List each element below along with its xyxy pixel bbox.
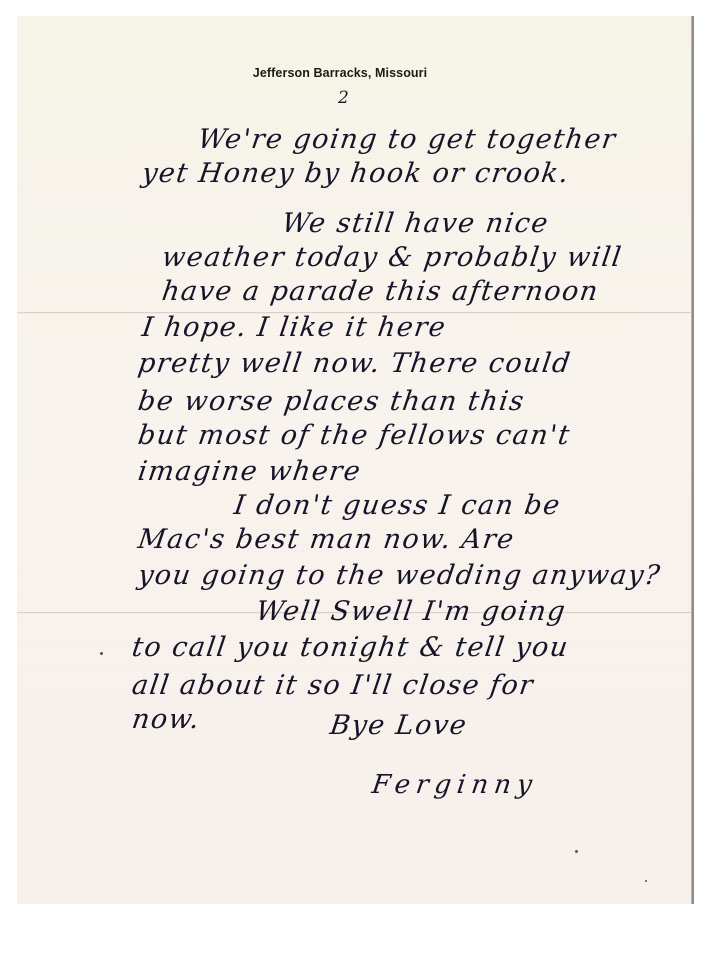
handwritten-line: all about it so I'll close for: [130, 670, 536, 701]
handwritten-line: to call you tonight & tell you: [130, 632, 571, 663]
paper-edge: [692, 16, 694, 904]
closing: Bye Love: [328, 710, 469, 741]
handwritten-line: but most of the fellows can't: [136, 420, 573, 451]
handwritten-line: We're going to get together: [196, 124, 619, 155]
handwritten-line: you going to the wedding anyway?: [136, 560, 663, 591]
handwritten-line: imagine where: [136, 456, 363, 487]
handwritten-line: I hope. I like it here: [140, 312, 448, 343]
handwritten-line: weather today & probably will: [160, 242, 624, 273]
handwritten-line: Mac's best man now. Are: [136, 524, 517, 555]
paper-speck: [645, 880, 647, 882]
handwritten-line: have a parade this afternoon: [160, 276, 601, 307]
letterhead: Jefferson Barracks, Missouri: [240, 66, 440, 80]
handwritten-line: Well Swell I'm going: [254, 596, 568, 627]
signature: Ferginny: [370, 770, 540, 800]
handwritten-line: yet Honey by hook or crook.: [140, 158, 572, 189]
paper-speck: [100, 652, 103, 655]
handwritten-line: I don't guess I can be: [232, 490, 563, 521]
handwritten-line: be worse places than this: [136, 386, 527, 417]
paper-speck: [575, 850, 578, 853]
handwritten-line: now.: [130, 704, 202, 735]
handwritten-line: We still have nice: [280, 208, 551, 239]
handwritten-line: pretty well now. There could: [136, 348, 573, 379]
page-number: 2: [338, 88, 349, 108]
scanned-letter: Jefferson Barracks, Missouri 2 We're goi…: [0, 0, 720, 960]
